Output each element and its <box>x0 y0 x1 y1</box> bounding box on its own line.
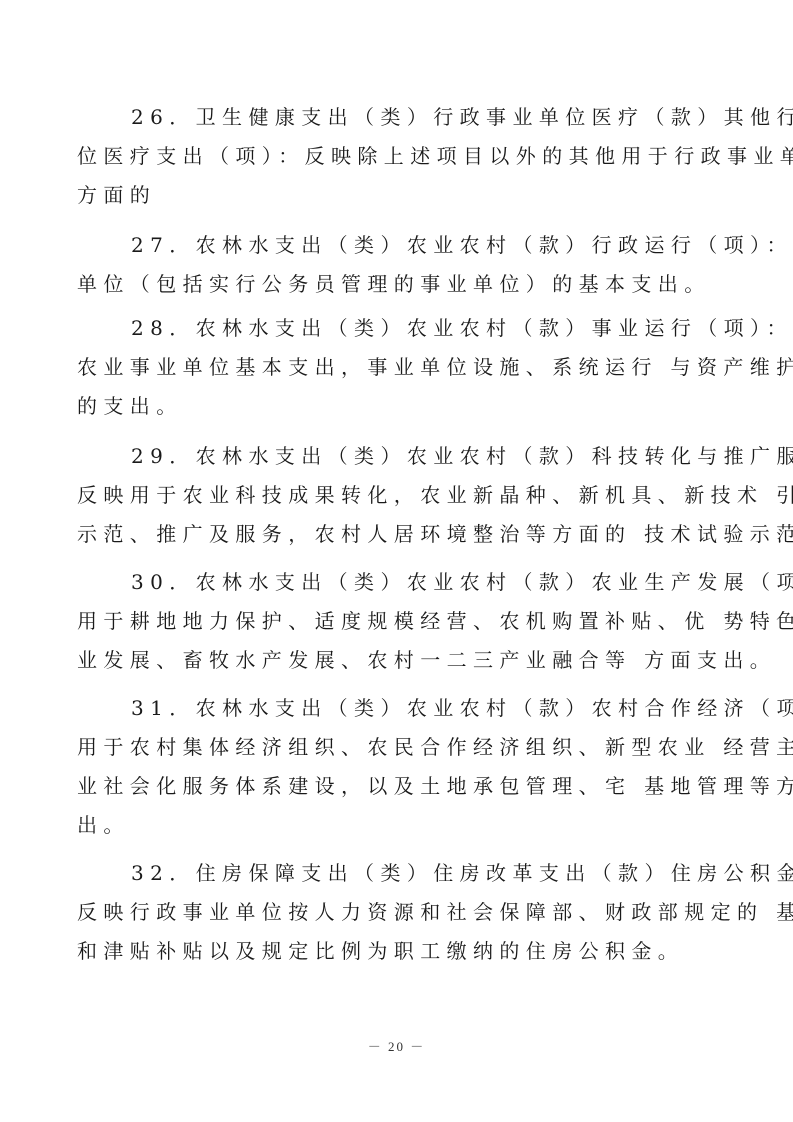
paragraph-line: 28．农林水支出（类）农业农村（款）事业运行（项）：反映用于 <box>77 309 739 348</box>
paragraph-line: 29．农林水支出（类）农业农村（款）科技转化与推广服务（项）： <box>77 437 739 476</box>
paragraph-line: 用于农村集体经济组织、农民合作经济组织、新型农业 经营主体和农 <box>77 728 739 767</box>
paragraph-line: 出。 <box>77 806 739 845</box>
paragraph-26: 26．卫生健康支出（类）行政事业单位医疗（款）其他行政事业单 位医疗支出（项）：… <box>77 98 739 215</box>
paragraph-line: 31．农林水支出（类）农业农村（款）农村合作经济（项）：反映 <box>77 689 739 728</box>
paragraph-line: 32．住房保障支出（类）住房改革支出（款）住房公积金（项）： <box>77 854 739 893</box>
paragraph-line: 反映用于农业科技成果转化，农业新晶种、新机具、新技术 引进、试验、 <box>77 476 739 515</box>
paragraph-line: 和津贴补贴以及规定比例为职工缴纳的住房公积金。 <box>77 932 739 971</box>
paragraph-line: 用于耕地地力保护、适度规模经营、农机购置补贴、优 势特色主导产 <box>77 602 739 641</box>
paragraph-line: 反映行政事业单位按人力资源和社会保障部、财政部规定的 基本工资 <box>77 893 739 932</box>
paragraph-29: 29．农林水支出（类）农业农村（款）科技转化与推广服务（项）： 反映用于农业科技… <box>77 437 739 554</box>
document-body: 26．卫生健康支出（类）行政事业单位医疗（款）其他行政事业单 位医疗支出（项）：… <box>77 98 739 971</box>
paragraph-line: 方面的 <box>77 176 739 215</box>
paragraph-30: 30．农林水支出（类）农业农村（款）农业生产发展（项）：反映 用于耕地地力保护、… <box>77 563 739 680</box>
paragraph-line: 30．农林水支出（类）农业农村（款）农业生产发展（项）：反映 <box>77 563 739 602</box>
page-number: － 20 － <box>0 1036 793 1055</box>
paragraph-27: 27．农林水支出（类）农业农村（款）行政运行（项）：反映行政 单位（包括实行公务… <box>77 226 739 304</box>
paragraph-31: 31．农林水支出（类）农业农村（款）农村合作经济（项）：反映 用于农村集体经济组… <box>77 689 739 845</box>
paragraph-line: 业社会化服务体系建设，以及土地承包管理、宅 基地管理等方面的支 <box>77 767 739 806</box>
paragraph-line: 27．农林水支出（类）农业农村（款）行政运行（项）：反映行政 <box>77 226 739 265</box>
paragraph-line: 业发展、畜牧水产发展、农村一二三产业融合等 方面支出。 <box>77 641 739 680</box>
paragraph-32: 32．住房保障支出（类）住房改革支出（款）住房公积金（项）： 反映行政事业单位按… <box>77 854 739 971</box>
paragraph-line: 示范、推广及服务，农村人居环境整治等方面的 技术试验示范支出。 <box>77 515 739 554</box>
paragraph-line: 的支出。 <box>77 387 739 426</box>
paragraph-line: 单位（包括实行公务员管理的事业单位）的基本支出。 <box>77 265 739 304</box>
paragraph-line: 位医疗支出（项）：反映除上述项目以外的其他用于行政事业单位医疗 <box>77 137 739 176</box>
paragraph-line: 农业事业单位基本支出，事业单位设施、系统运行 与资产维护等方面 <box>77 348 739 387</box>
paragraph-28: 28．农林水支出（类）农业农村（款）事业运行（项）：反映用于 农业事业单位基本支… <box>77 309 739 426</box>
paragraph-line: 26．卫生健康支出（类）行政事业单位医疗（款）其他行政事业单 <box>77 98 739 137</box>
